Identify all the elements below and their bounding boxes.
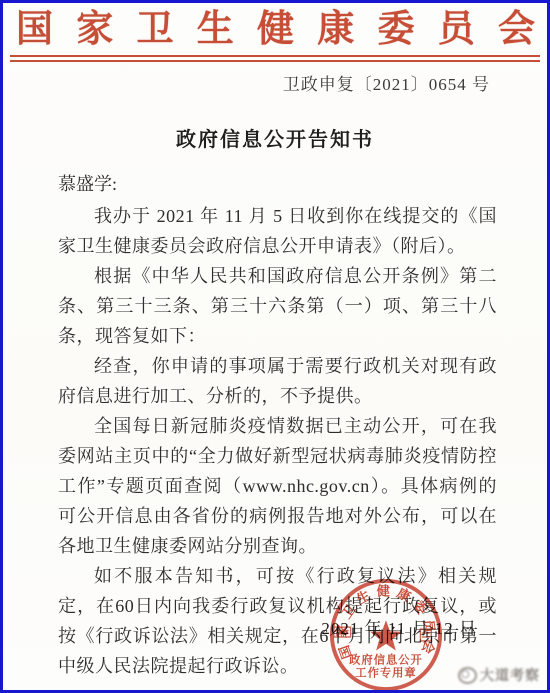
paragraph-legal-basis: 根据《中华人民共和国政府信息公开条例》第二条、第三十三条、第三十六条第（一）项、… <box>58 261 497 351</box>
letterhead: 国家卫生健康委员会 卫政申复〔2021〕0654 号 <box>3 8 547 95</box>
paragraph-receipt: 我办于 2021 年 11 月 5 日收到你在线提交的《国家卫生健康委员会政府信… <box>58 201 497 261</box>
watermark-logo-icon <box>458 667 477 684</box>
seal-caption-line2: 工作专用章 <box>355 665 416 679</box>
agency-name: 国家卫生健康委员会 <box>16 8 535 52</box>
seal-caption-line1: 政府信息公开 <box>348 653 423 667</box>
salutation: 慕盛学: <box>58 172 547 196</box>
document-page: 国家卫生健康委员会 卫政申复〔2021〕0654 号 政府信息公开告知书 慕盛学… <box>0 0 550 693</box>
watermark: 大道考察 <box>458 665 540 685</box>
official-seal: 国家卫生健康委员会 政府信息公开 工作专用章 <box>327 576 445 693</box>
star-icon <box>370 620 402 650</box>
letterhead-divider <box>10 55 540 62</box>
doc-number: 卫政申复〔2021〕0654 号 <box>3 75 490 95</box>
paragraph-public-data: 全国每日新冠肺炎疫情数据已主动公开，可在我委网站主页中的“全力做好新型冠状病毒肺… <box>58 411 497 561</box>
letter-title: 政府信息公开告知书 <box>3 128 547 152</box>
paragraph-decision: 经查，你申请的事项属于需要行政机关对现有政府信息进行加工、分析的，不予提供。 <box>58 351 497 411</box>
letter-body: 政府信息公开告知书 慕盛学: 我办于 2021 年 11 月 5 日收到你在线提… <box>3 128 547 681</box>
watermark-text: 大道考察 <box>480 665 540 685</box>
